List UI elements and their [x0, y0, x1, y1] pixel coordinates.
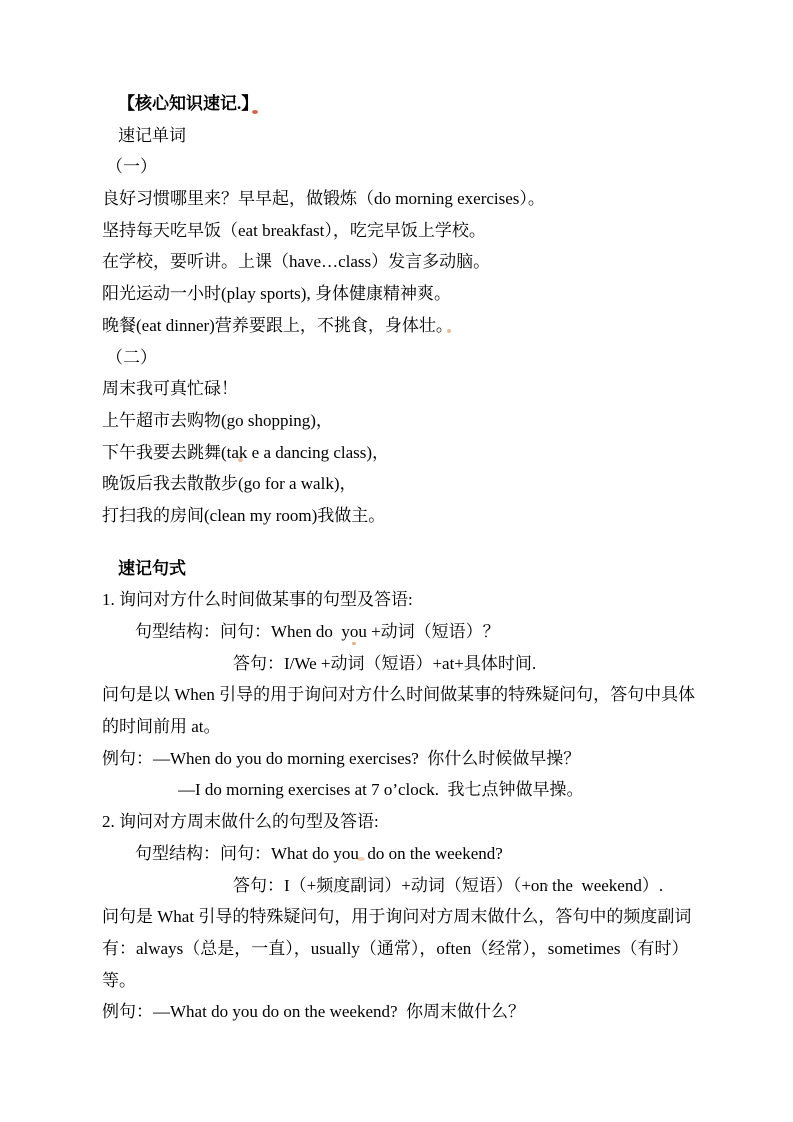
item1-note-line: 问句是以 When 引导的用于询问对方什么时间做某事的特殊疑问句，答句中具体 [102, 679, 703, 711]
part2-line: 下午我要去跳舞(tak e a dancing class)， [102, 437, 703, 469]
part1-line: 良好习惯哪里来？早早起，做锻炼（do morning exercises）。 [102, 183, 703, 215]
part1-label: （一） [102, 151, 703, 183]
words-section-heading: 速记单词 [102, 120, 703, 152]
item2-note-line: 等。 [102, 965, 703, 997]
item2-title: 2. 询问对方周末做什么的句型及答语: [102, 806, 703, 838]
item2-note-line: 有：always（总是，一直），usually（通常），often（经常），so… [102, 933, 703, 965]
item2-example-question: 例句：—What do you do on the weekend? 你周末做什… [102, 996, 703, 1028]
part1-line: 坚持每天吃早饭（eat breakfast），吃完早饭上学校。 [102, 215, 703, 247]
item1-answer-pattern: 答句：I/We +动词（短语）+at+具体时间. [102, 648, 703, 680]
item1-title: 1. 询问对方什么时间做某事的句型及答语: [102, 584, 703, 616]
doc-title: 【核心知识速记.】 [102, 88, 703, 120]
patterns-section-heading: 速记句式 [102, 553, 703, 585]
item2-answer-pattern: 答句：I（+频度副词）+动词（短语）（+on the weekend）. [102, 870, 703, 902]
item1-example-question: 例句：—When do you do morning exercises? 你什… [102, 743, 703, 775]
part2-line: 上午超市去购物(go shopping)， [102, 405, 703, 437]
part2-line: 打扫我的房间(clean my room)我做主。 [102, 500, 703, 532]
part2-line: 周末我可真忙碌！ [102, 373, 703, 405]
part1-line: 晚餐(eat dinner)营养要跟上，不挑食，身体壮。 [102, 310, 703, 342]
item1-note-line: 的时间前用 at。 [102, 711, 703, 743]
item1-question-pattern: 句型结构：问句：When do you +动词（短语）？ [102, 616, 703, 648]
document-page: 【核心知识速记.】 速记单词 （一） 良好习惯哪里来？早早起，做锻炼（do mo… [0, 0, 793, 1122]
item2-note-line: 问句是 What 引导的特殊疑问句，用于询问对方周末做什么，答句中的频度副词 [102, 901, 703, 933]
part1-line: 在学校，要听讲。上课（have…class）发言多动脑。 [102, 246, 703, 278]
part2-label: （二） [102, 342, 703, 374]
item2-question-pattern: 句型结构：问句：What do you do on the weekend? [102, 838, 703, 870]
part2-line: 晚饭后我去散散步(go for a walk)， [102, 468, 703, 500]
item1-example-answer: —I do morning exercises at 7 o’clock. 我七… [102, 774, 703, 806]
part1-line: 阳光运动一小时(play sports), 身体健康精神爽。 [102, 278, 703, 310]
